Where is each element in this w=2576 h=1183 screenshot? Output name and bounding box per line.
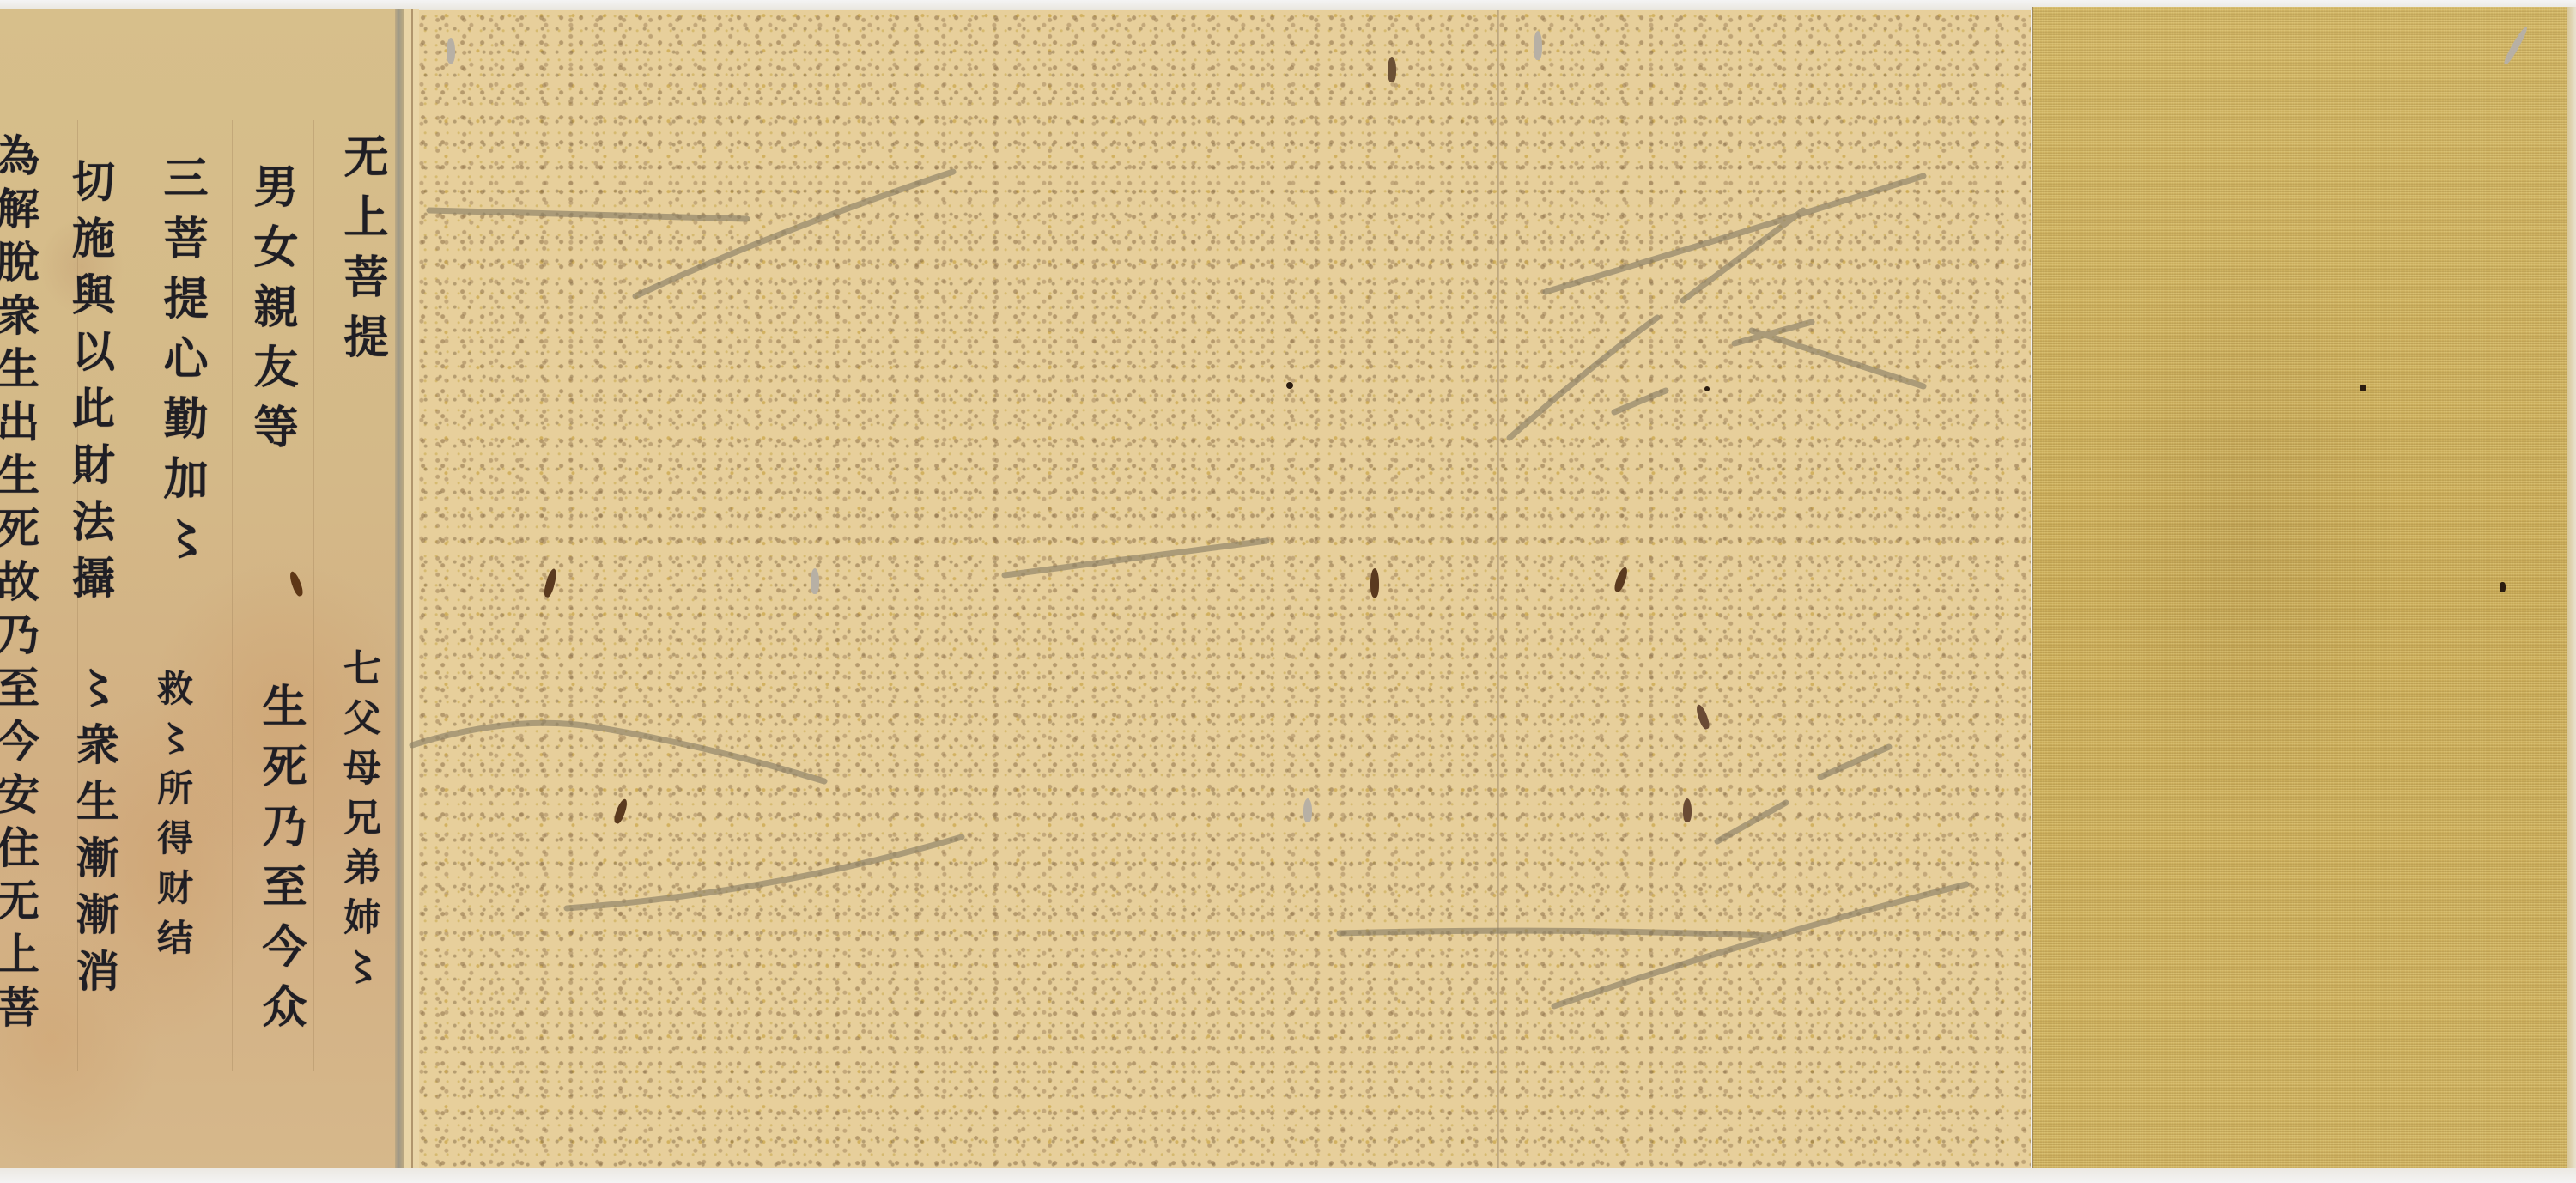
text-column-2-upper: 男女親友等 <box>249 163 294 464</box>
wormhole <box>811 568 819 594</box>
text-column-6: 為解脫衆生出生死故乃至今安住无上菩 <box>0 133 36 1038</box>
wormhole <box>1388 57 1396 82</box>
calligraphy-text-panel: 无上菩提 七父母兄弟姉〻 男女親友等 生死乃至今众 三菩提心勤加〻 救〻所得财结… <box>0 9 404 1174</box>
wormhole <box>447 38 455 64</box>
text-column-5-lower: 〻衆生漸漸消 <box>73 665 116 1005</box>
wormhole <box>1370 568 1379 598</box>
spot <box>1286 382 1293 389</box>
wormhole <box>2502 25 2530 65</box>
cover-edge <box>2567 7 2576 1174</box>
ruling-line <box>313 120 314 1071</box>
text-column-3-upper: 三菩提心勤加〻 <box>159 155 204 575</box>
text-column-2-lower: 生死乃至今众 <box>258 682 302 1043</box>
mounting-seam <box>404 9 419 1168</box>
wormhole <box>288 570 305 598</box>
gold-brocade-cover <box>2032 7 2567 1174</box>
text-column-1-lower: 七父母兄弟姉〻 <box>339 648 377 997</box>
handscroll: 无上菩提 七父母兄弟姉〻 男女親友等 生死乃至今众 三菩提心勤加〻 救〻所得财结… <box>0 0 2576 1183</box>
text-column-4-lower: 救〻所得财结 <box>155 670 191 968</box>
wormhole <box>1534 31 1542 60</box>
spot <box>2500 582 2506 592</box>
bottom-margin <box>0 1168 2576 1183</box>
spot <box>2360 385 2366 391</box>
spot <box>1704 386 1710 391</box>
flecked-paper-panel-1 <box>419 10 1498 1168</box>
text-column-1-upper: 无上菩提 <box>339 133 384 373</box>
wormhole <box>1683 798 1692 822</box>
flecked-paper-panel-2 <box>1499 10 2031 1168</box>
wormhole <box>1303 798 1312 822</box>
text-column-5-upper: 切施與以此財法攝 <box>69 159 112 612</box>
ruling-line <box>232 120 233 1071</box>
